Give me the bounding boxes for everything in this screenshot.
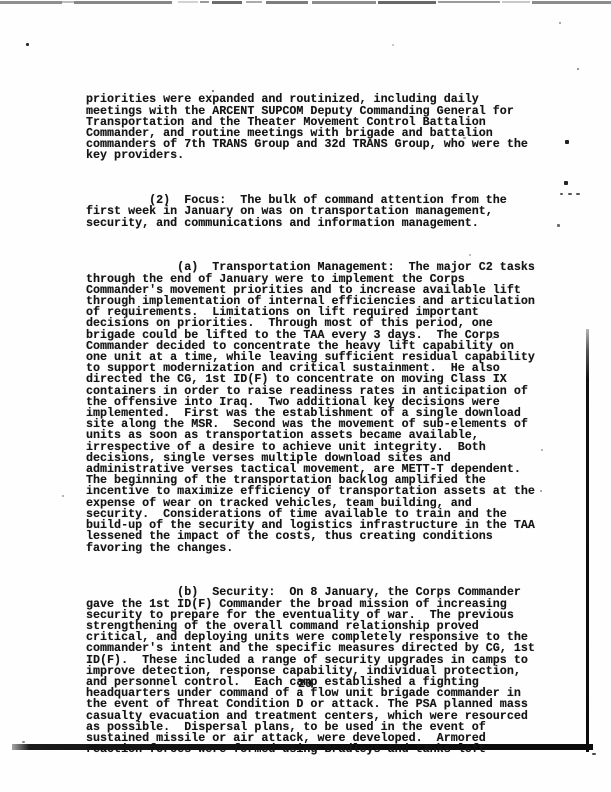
speck [577,68,579,70]
scan-edge-segment [200,1,209,3]
scan-edge-segment [246,1,262,3]
speck [559,22,561,24]
speck [26,43,29,46]
paragraph-transportation-management: (a) Transportation Management: The major… [86,262,566,553]
document-body: priorities were expanded and routinized,… [86,72,566,789]
paragraph-focus: (2) Focus: The bulk of command attention… [86,195,566,229]
speck [576,193,580,195]
scan-edge-segment [378,1,436,4]
scanned-document-page: priorities were expanded and routinized,… [0,0,611,792]
paragraph-security: (b) Security: On 8 January, the Corps Co… [86,587,566,755]
scan-edge-segment [178,1,198,3]
speck [62,495,64,497]
scan-edge-segment [212,1,242,4]
scan-edge-segment [532,1,611,4]
speck [592,753,596,755]
scan-edge-segment [266,1,308,4]
speck [392,44,394,46]
scan-artifact-top-edge [0,1,611,5]
scan-edge-segment [438,1,500,3]
scan-edge-segment [312,1,376,4]
scan-artifact-right-border [586,329,590,752]
scan-edge-segment [502,1,530,3]
scan-edge-segment [0,1,62,4]
paragraph-intro: priorities were expanded and routinized,… [86,94,566,161]
speck [568,193,572,195]
scan-edge-segment [74,1,172,4]
scan-edge-segment [62,1,74,3]
page-number: 20 [289,677,321,691]
speck [22,741,25,743]
